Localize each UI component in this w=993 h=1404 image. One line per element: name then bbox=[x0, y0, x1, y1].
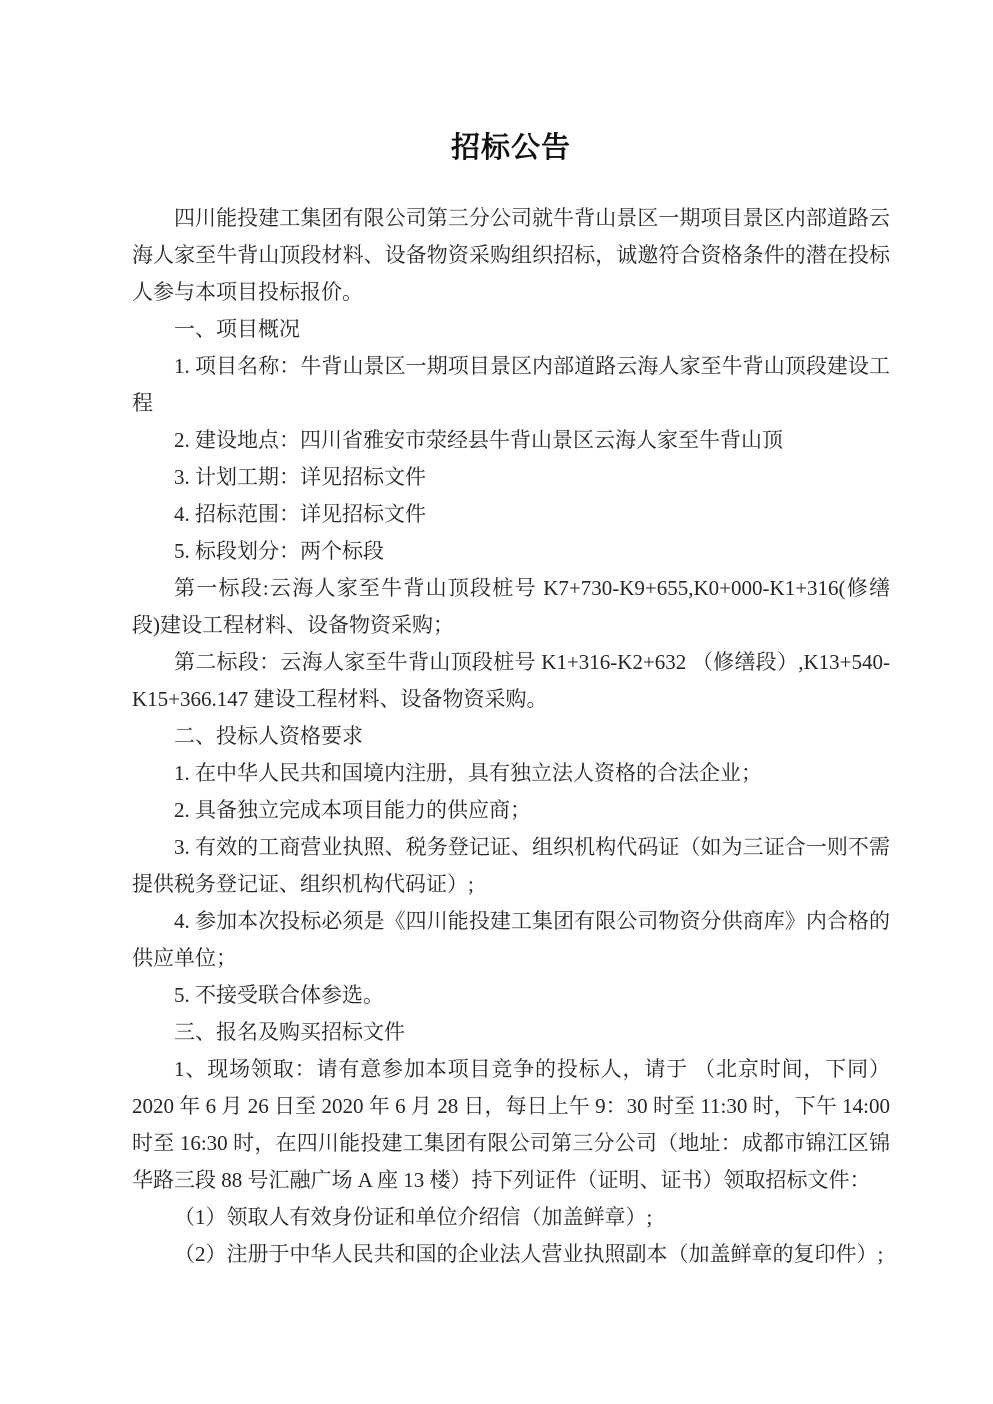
section-3-heading: 三、报名及购买招标文件 bbox=[132, 1014, 890, 1051]
lot-1-description: 第一标段:云海人家至牛背山顶段桩号 K7+730-K9+655,K0+000-K… bbox=[132, 570, 890, 644]
requirement-2: 2. 具备独立完成本项目能力的供应商； bbox=[132, 792, 890, 829]
section-2-heading: 二、投标人资格要求 bbox=[132, 718, 890, 755]
requirement-5: 5. 不接受联合体参选。 bbox=[132, 977, 890, 1014]
requirement-4: 4. 参加本次投标必须是《四川能投建工集团有限公司物资分供商库》内合格的供应单位… bbox=[132, 903, 890, 977]
item-build-location: 2. 建设地点：四川省雅安市荥经县牛背山景区云海人家至牛背山顶 bbox=[132, 422, 890, 459]
requirement-1: 1. 在中华人民共和国境内注册，具有独立法人资格的合法企业； bbox=[132, 755, 890, 792]
required-document-2: （2）注册于中华人民共和国的企业法人营业执照副本（加盖鲜章的复印件）; bbox=[132, 1236, 890, 1273]
lot-2-description: 第二标段：云海人家至牛背山顶段桩号 K1+316-K2+632 （修缮段）,K1… bbox=[132, 644, 890, 718]
item-planned-schedule: 3. 计划工期：详见招标文件 bbox=[132, 459, 890, 496]
document-content: 招标公告 四川能投建工集团有限公司第三分公司就牛背山景区一期项目景区内部道路云海… bbox=[0, 0, 993, 1273]
document-title: 招标公告 bbox=[132, 126, 890, 170]
document-page: 招标公告 四川能投建工集团有限公司第三分公司就牛背山景区一期项目景区内部道路云海… bbox=[0, 0, 993, 1404]
intro-paragraph: 四川能投建工集团有限公司第三分公司就牛背山景区一期项目景区内部道路云海人家至牛背… bbox=[132, 200, 890, 311]
onsite-collection-info: 1、现场领取：请有意参加本项目竞争的投标人，请于 （北京时间，下同）2020 年… bbox=[132, 1051, 890, 1199]
item-tender-scope: 4. 招标范围：详见招标文件 bbox=[132, 496, 890, 533]
required-document-1: （1）领取人有效身份证和单位介绍信（加盖鲜章）; bbox=[132, 1199, 890, 1236]
requirement-3: 3. 有效的工商营业执照、税务登记证、组织机构代码证（如为三证合一则不需提供税务… bbox=[132, 829, 890, 903]
item-project-name: 1. 项目名称：牛背山景区一期项目景区内部道路云海人家至牛背山顶段建设工程 bbox=[132, 348, 890, 422]
item-lot-division: 5. 标段划分：两个标段 bbox=[132, 533, 890, 570]
section-1-heading: 一、项目概况 bbox=[132, 311, 890, 348]
